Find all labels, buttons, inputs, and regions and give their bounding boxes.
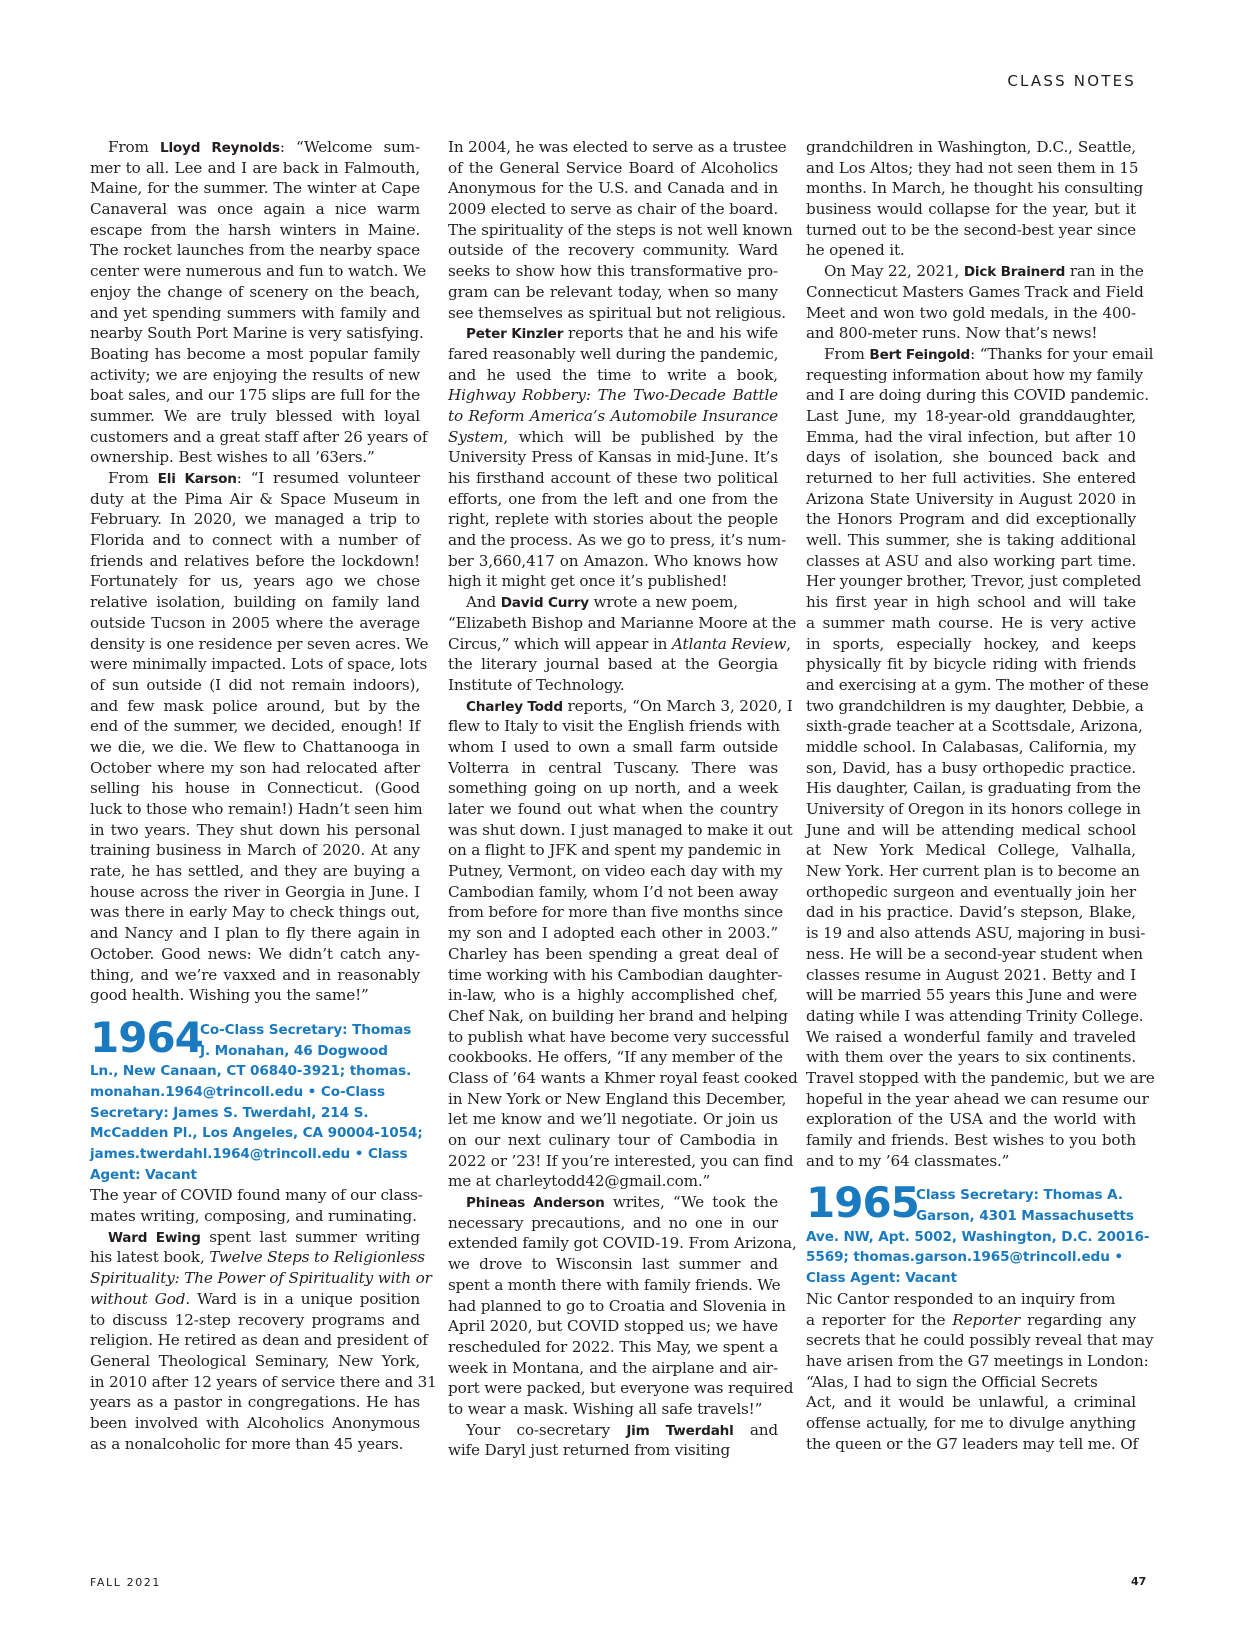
classmate-name: Bert Feingold (869, 347, 970, 363)
class-year: 1965 (806, 1181, 919, 1225)
book-title: Twelve Steps to Religionless (209, 1248, 425, 1266)
book-title: without God (90, 1290, 185, 1308)
class-1965-header: 1965 Class Secretary: Thomas A. Garson, … (806, 1185, 1136, 1288)
book-title: System (448, 428, 503, 446)
class-1964-header: 1964 Co-Class Secretary: Thomas J. Monah… (90, 1020, 420, 1186)
class-1964-intro: The year of COVID found many of our clas… (90, 1185, 420, 1226)
classmate-name: Eli Karson (158, 471, 237, 487)
column-3: grandchildren in Washington, D.C., Seatt… (806, 137, 1136, 1454)
classmate-name: Jim Twerdahl (626, 1423, 733, 1439)
classmate-name: Charley Todd (466, 699, 563, 715)
note-dick-brainerd: On May 22, 2021, Dick Brainerd ran in th… (806, 261, 1136, 344)
book-title: Spirituality: The Power of Spirituality … (90, 1268, 420, 1289)
note-charley-todd: Charley Todd reports, “On March 3, 2020,… (448, 696, 778, 1193)
note-ward-ewing: Ward Ewing spent last summer writing his… (90, 1227, 420, 1455)
column-2: In 2004, he was elected to serve as a tr… (448, 137, 778, 1461)
classmate-name: Peter Kinzler (466, 326, 563, 342)
running-head-section: CLASS NOTES (1007, 72, 1136, 90)
book-title: Highway Robbery: The Two-Decade Battle (448, 385, 778, 406)
email-link: monahan.1964@trincoll.edu • Co-Class (90, 1082, 420, 1103)
note-nic-cantor: Nic Cantor responded to an inquiry from … (806, 1289, 1136, 1455)
book-title: to Reform America’s Automobile Insurance (448, 406, 778, 427)
page-number: 47 (1131, 1575, 1146, 1588)
note-bert-feingold: From Bert Feingold: “Thanks for your ema… (806, 344, 1136, 1172)
classmate-name: David Curry (501, 595, 589, 611)
classmate-name: Lloyd Reynolds (160, 140, 280, 156)
note-jim-twerdahl: Your co-secretary Jim Twerdahl and wife … (448, 1420, 778, 1461)
note-jim-twerdahl-continued: grandchildren in Washington, D.C., Seatt… (806, 137, 1136, 261)
footer-issue: FALL 2021 (90, 1576, 161, 1589)
note-david-curry: And David Curry wrote a new poem, “Eliza… (448, 592, 778, 695)
email-link: 5569; thomas.garson.1965@trincoll.edu • (806, 1247, 1136, 1268)
email-address: me at charleytodd42@gmail.com.” (448, 1171, 778, 1192)
column-1: From Lloyd Reynolds: “Welcome sum- mer t… (90, 137, 420, 1454)
classmate-name: Phineas Anderson (466, 1195, 605, 1211)
classmate-name: Ward Ewing (108, 1230, 201, 1246)
note-ward-ewing-continued: In 2004, he was elected to serve as a tr… (448, 137, 778, 323)
email-link: james.twerdahl.1964@trincoll.edu • Class (90, 1144, 420, 1165)
publication-title: Atlanta Review (672, 635, 786, 653)
note-lloyd-reynolds: From Lloyd Reynolds: “Welcome sum- mer t… (90, 137, 420, 468)
note-phineas-anderson: Phineas Anderson writes, “We took the ne… (448, 1192, 778, 1420)
class-year: 1964 (90, 1016, 203, 1060)
classmate-name: Dick Brainerd (964, 264, 1065, 280)
publication-title: Reporter (952, 1311, 1020, 1329)
note-eli-karson: From Eli Karson: “I resumed volunteer du… (90, 468, 420, 1006)
note-peter-kinzler: Peter Kinzler reports that he and his wi… (448, 323, 778, 592)
